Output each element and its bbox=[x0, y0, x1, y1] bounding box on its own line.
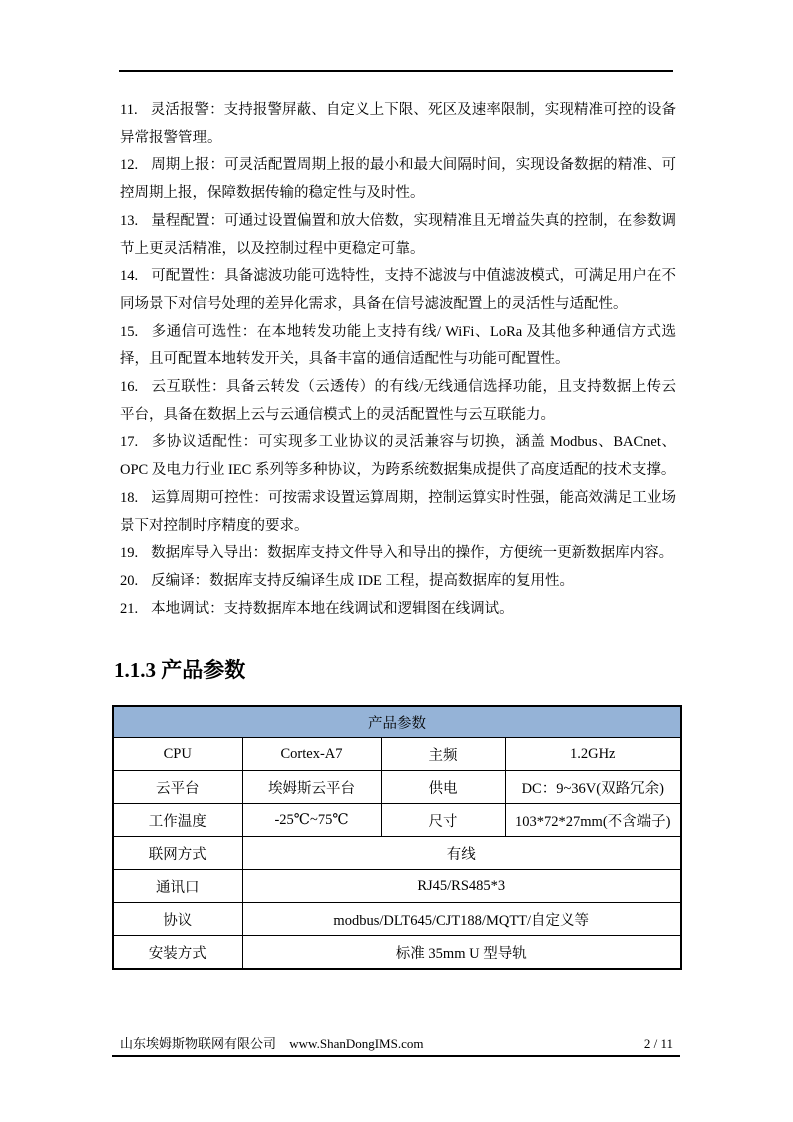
feature-number: 15. bbox=[120, 324, 138, 340]
feature-item: 15.多通信可选性：在本地转发功能上支持有线/ WiFi、LoRa 及其他多种通… bbox=[120, 319, 676, 374]
table-body: CPUCortex-A7主频1.2GHz云平台埃姆斯云平台供电DC：9~36V(… bbox=[113, 738, 681, 970]
table-cell: 联网方式 bbox=[113, 837, 242, 870]
table-cell: 安装方式 bbox=[113, 936, 242, 970]
footer-website: www.ShanDongIMS.com bbox=[289, 1036, 423, 1051]
table-cell: modbus/DLT645/CJT188/MQTT/自定义等 bbox=[242, 903, 681, 936]
feature-text: 反编译：数据库支持反编译生成 IDE 工程，提高数据库的复用性。 bbox=[151, 573, 574, 589]
table-row: 云平台埃姆斯云平台供电DC：9~36V(双路冗余) bbox=[113, 771, 681, 804]
feature-text: 周期上报：可灵活配置周期上报的最小和最大间隔时间，实现设备数据的精准、可控周期上… bbox=[120, 157, 676, 201]
table-cell: DC：9~36V(双路冗余) bbox=[505, 771, 681, 804]
table-cell: 云平台 bbox=[113, 771, 242, 804]
feature-number: 21. bbox=[120, 601, 138, 617]
feature-number: 20. bbox=[120, 573, 138, 589]
table-cell: 通讯口 bbox=[113, 870, 242, 903]
feature-number: 14. bbox=[120, 268, 138, 284]
section-heading: 1.1.3 产品参数 bbox=[114, 654, 245, 684]
footer-company: 山东埃姆斯物联网有限公司 bbox=[120, 1036, 276, 1051]
feature-text: 多通信可选性：在本地转发功能上支持有线/ WiFi、LoRa 及其他多种通信方式… bbox=[120, 324, 676, 368]
feature-number: 12. bbox=[120, 157, 138, 173]
feature-item: 12.周期上报：可灵活配置周期上报的最小和最大间隔时间，实现设备数据的精准、可控… bbox=[120, 152, 676, 207]
table-cell: 埃姆斯云平台 bbox=[242, 771, 381, 804]
feature-item: 17.多协议适配性：可实现多工业协议的灵活兼容与切换，涵盖 Modbus、BAC… bbox=[120, 429, 676, 484]
feature-text: 量程配置：可通过设置偏置和放大倍数，实现精准且无增益失真的控制，在参数调节上更灵… bbox=[120, 213, 676, 257]
table-row: 通讯口RJ45/RS485*3 bbox=[113, 870, 681, 903]
table-cell: 标准 35mm U 型导轨 bbox=[242, 936, 681, 970]
table-row: 联网方式有线 bbox=[113, 837, 681, 870]
table-cell: CPU bbox=[113, 738, 242, 771]
feature-item: 18.运算周期可控性：可按需求设置运算周期，控制运算实时性强，能高效满足工业场景… bbox=[120, 485, 676, 540]
table-cell: 供电 bbox=[381, 771, 505, 804]
page-footer: 山东埃姆斯物联网有限公司 www.ShanDongIMS.com 2 / 11 bbox=[120, 1033, 673, 1052]
table-cell: RJ45/RS485*3 bbox=[242, 870, 681, 903]
feature-text: 灵活报警：支持报警屏蔽、自定义上下限、死区及速率限制，实现精准可控的设备异常报警… bbox=[120, 102, 676, 146]
header-rule bbox=[119, 70, 673, 72]
table-row: 工作温度-25℃~75℃尺寸103*72*27mm(不含端子) bbox=[113, 804, 681, 837]
table-cell: Cortex-A7 bbox=[242, 738, 381, 771]
table-cell: 工作温度 bbox=[113, 804, 242, 837]
feature-number: 17. bbox=[120, 434, 138, 450]
feature-text: 云互联性：具备云转发（云透传）的有线/无线通信选择功能，且支持数据上传云平台，具… bbox=[120, 379, 676, 423]
feature-number: 16. bbox=[120, 379, 138, 395]
features-list: 11.灵活报警：支持报警屏蔽、自定义上下限、死区及速率限制，实现精准可控的设备异… bbox=[120, 97, 676, 623]
feature-item: 13.量程配置：可通过设置偏置和放大倍数，实现精准且无增益失真的控制，在参数调节… bbox=[120, 208, 676, 263]
feature-item: 20.反编译：数据库支持反编译生成 IDE 工程，提高数据库的复用性。 bbox=[120, 568, 676, 596]
table-cell: 尺寸 bbox=[381, 804, 505, 837]
document-page: 11.灵活报警：支持报警屏蔽、自定义上下限、死区及速率限制，实现精准可控的设备异… bbox=[0, 0, 793, 1122]
feature-text: 数据库导入导出：数据库支持文件导入和导出的操作，方便统一更新数据库内容。 bbox=[151, 545, 673, 561]
feature-item: 21.本地调试：支持数据库本地在线调试和逻辑图在线调试。 bbox=[120, 596, 676, 624]
table-title: 产品参数 bbox=[113, 706, 681, 738]
table-cell: -25℃~75℃ bbox=[242, 804, 381, 837]
table-row: 协议modbus/DLT645/CJT188/MQTT/自定义等 bbox=[113, 903, 681, 936]
feature-item: 14.可配置性：具备滤波功能可选特性，支持不滤波与中值滤波模式，可满足用户在不同… bbox=[120, 263, 676, 318]
table-cell: 有线 bbox=[242, 837, 681, 870]
table-title-row: 产品参数 bbox=[113, 706, 681, 738]
feature-text: 可配置性：具备滤波功能可选特性，支持不滤波与中值滤波模式，可满足用户在不同场景下… bbox=[120, 268, 676, 312]
feature-text: 本地调试：支持数据库本地在线调试和逻辑图在线调试。 bbox=[151, 601, 514, 617]
table-cell: 103*72*27mm(不含端子) bbox=[505, 804, 681, 837]
feature-item: 16.云互联性：具备云转发（云透传）的有线/无线通信选择功能，且支持数据上传云平… bbox=[120, 374, 676, 429]
footer-left: 山东埃姆斯物联网有限公司 www.ShanDongIMS.com bbox=[120, 1033, 423, 1052]
feature-number: 13. bbox=[120, 213, 138, 229]
table-row: CPUCortex-A7主频1.2GHz bbox=[113, 738, 681, 771]
product-params-table: 产品参数 CPUCortex-A7主频1.2GHz云平台埃姆斯云平台供电DC：9… bbox=[112, 705, 682, 970]
table-row: 安装方式标准 35mm U 型导轨 bbox=[113, 936, 681, 970]
footer-rule bbox=[112, 1055, 680, 1057]
feature-number: 11. bbox=[120, 102, 138, 118]
feature-text: 多协议适配性：可实现多工业协议的灵活兼容与切换，涵盖 Modbus、BACnet… bbox=[120, 434, 676, 478]
page-number: 2 / 11 bbox=[644, 1036, 673, 1052]
feature-item: 11.灵活报警：支持报警屏蔽、自定义上下限、死区及速率限制，实现精准可控的设备异… bbox=[120, 97, 676, 152]
table-cell: 1.2GHz bbox=[505, 738, 681, 771]
feature-item: 19.数据库导入导出：数据库支持文件导入和导出的操作，方便统一更新数据库内容。 bbox=[120, 540, 676, 568]
table-cell: 协议 bbox=[113, 903, 242, 936]
table-cell: 主频 bbox=[381, 738, 505, 771]
feature-text: 运算周期可控性：可按需求设置运算周期，控制运算实时性强，能高效满足工业场景下对控… bbox=[120, 490, 676, 534]
feature-number: 19. bbox=[120, 545, 138, 561]
feature-number: 18. bbox=[120, 490, 138, 506]
